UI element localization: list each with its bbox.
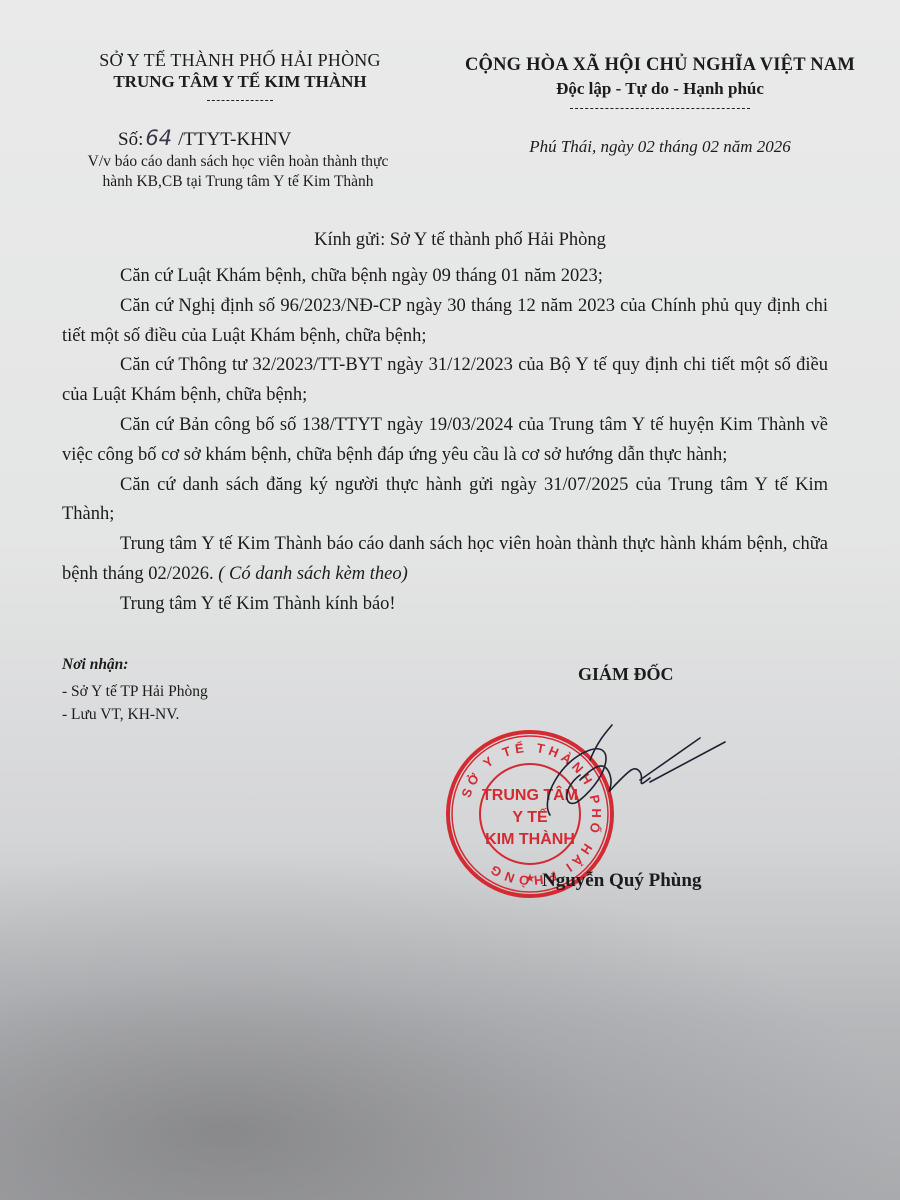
legal-basis-paragraph: Căn cứ Nghị định số 96/2023/NĐ-CP ngày 3…	[62, 292, 828, 352]
subject-line: hành KB,CB tại Trung tâm Y tế Kim Thành	[58, 172, 418, 192]
document-number: Số:64/TTYT-KHNV	[118, 126, 291, 151]
svg-text:★: ★	[525, 871, 536, 885]
signature-scribble-icon	[520, 720, 740, 840]
doc-number-prefix: Số:	[118, 129, 143, 150]
recipient-line: Kính gửi: Sở Y tế thành phố Hải Phòng	[60, 230, 860, 251]
place-date: Phú Thái, ngày 02 tháng 02 năm 2026	[440, 137, 880, 157]
report-text: Trung tâm Y tế Kim Thành báo cáo danh sá…	[62, 534, 828, 584]
national-motto: Độc lập - Tự do - Hạnh phúc	[440, 79, 880, 99]
recipient-item: - Sở Y tế TP Hải Phòng	[62, 680, 208, 703]
header-divider	[207, 94, 273, 101]
legal-basis-paragraph: Căn cứ Luật Khám bệnh, chữa bệnh ngày 09…	[62, 262, 828, 292]
report-paragraph: Trung tâm Y tế Kim Thành báo cáo danh sá…	[62, 530, 828, 590]
recipient-item: - Lưu VT, KH-NV.	[62, 703, 208, 726]
subject-line: V/v báo cáo danh sách học viên hoàn thàn…	[58, 152, 418, 172]
signer-name: Nguyễn Quý Phùng	[542, 870, 701, 892]
ministry-name: SỞ Y TẾ THÀNH PHỐ HẢI PHÒNG	[60, 50, 420, 71]
closing-line: Trung tâm Y tế Kim Thành kính báo!	[62, 590, 828, 620]
motto-divider	[570, 102, 750, 109]
attachment-note: ( Có danh sách kèm theo)	[218, 564, 408, 584]
document-body: Căn cứ Luật Khám bệnh, chữa bệnh ngày 09…	[62, 262, 828, 620]
recipients-label: Nơi nhận:	[62, 656, 128, 674]
national-header: CỘNG HÒA XÃ HỘI CHỦ NGHĨA VIỆT NAM Độc l…	[440, 55, 880, 109]
legal-basis-paragraph: Căn cứ Thông tư 32/2023/TT-BYT ngày 31/1…	[62, 351, 828, 411]
legal-basis-paragraph: Căn cứ danh sách đăng ký người thực hành…	[62, 471, 828, 531]
doc-number-handwritten: 64	[145, 126, 172, 150]
doc-number-suffix: /TTYT-KHNV	[178, 129, 291, 150]
recipients-list: - Sở Y tế TP Hải Phòng - Lưu VT, KH-NV.	[62, 680, 208, 726]
document-subject: V/v báo cáo danh sách học viên hoàn thàn…	[58, 152, 418, 192]
nation-title: CỘNG HÒA XÃ HỘI CHỦ NGHĨA VIỆT NAM	[440, 55, 880, 76]
signer-title: GIÁM ĐỐC	[578, 664, 674, 685]
legal-basis-paragraph: Căn cứ Bản công bố số 138/TTYT ngày 19/0…	[62, 411, 828, 471]
issuing-authority-header: SỞ Y TẾ THÀNH PHỐ HẢI PHÒNG TRUNG TÂM Y …	[60, 50, 420, 101]
organization-name: TRUNG TÂM Y TẾ KIM THÀNH	[60, 72, 420, 92]
